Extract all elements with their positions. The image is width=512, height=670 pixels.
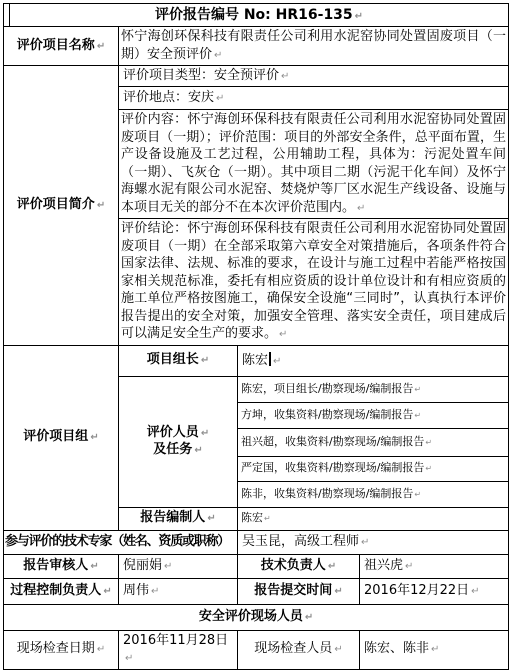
- intro-type: 评价项目类型：安全预评价↵: [119, 66, 509, 87]
- intro-label: 评价项目简介↵: [4, 66, 119, 346]
- paragraph-mark: ↵: [405, 561, 413, 572]
- paragraph-mark: ↵: [90, 561, 98, 572]
- paragraph-mark: ↵: [431, 644, 439, 655]
- report-number-header: 评价报告编号 No: HR16-135↵: [10, 4, 509, 27]
- inspection-date-value: 2016年11月28日↵: [119, 630, 238, 669]
- reviewer-value: 倪丽娟↵: [119, 554, 238, 578]
- team-member-row: 祖兴超，收集资料/勘察现场/编制报告↵: [238, 428, 509, 456]
- paragraph-mark: ↵: [355, 11, 363, 22]
- paragraph-mark: ↵: [207, 513, 215, 524]
- submit-time-value: 2016年12月22日↵: [360, 578, 509, 604]
- experts-label: 参与评价的技术专家（姓名、资质或职称）: [4, 530, 238, 554]
- inspection-people-label: 现场检查人员↵: [238, 630, 360, 669]
- intro-location: 评价地点：安庆↵: [119, 87, 509, 110]
- project-name-label: 评价项目名称↵: [4, 27, 119, 66]
- paragraph-mark: ↵: [97, 644, 105, 655]
- paragraph-mark: ↵: [214, 50, 222, 61]
- paragraph-mark: ↵: [414, 411, 421, 420]
- paragraph-mark: ↵: [414, 385, 421, 394]
- paragraph-mark: ↵: [334, 586, 342, 597]
- team-members-label: 评价人员↵ 及任务↵: [119, 376, 238, 507]
- paragraph-mark: ↵: [334, 644, 342, 655]
- paragraph-mark: ↵: [425, 438, 432, 447]
- paragraph-mark: ↵: [357, 203, 365, 214]
- intro-conclusion: 评价结论：怀宁海创环保科技有限责任公司利用水泥窑协同处置固废项目（一期）在全部采…: [119, 219, 509, 346]
- inspection-date-label: 现场检查日期↵: [4, 630, 119, 669]
- tech-lead-label: 技术负责人↵: [238, 554, 360, 578]
- paragraph-mark: ↵: [264, 514, 271, 523]
- paragraph-mark: ↵: [125, 653, 133, 664]
- paragraph-mark: ↵: [279, 329, 287, 340]
- submit-time-label: 报告提交时间↵: [238, 578, 360, 604]
- team-leader-value: 陈宏↵: [238, 345, 509, 376]
- evaluation-report-table: 评价报告编号 No: HR16-135↵ 评价项目名称↵ 怀宁海创环保科技有限责…: [3, 3, 509, 670]
- paragraph-mark: ↵: [90, 432, 98, 443]
- paragraph-mark: ↵: [328, 561, 336, 572]
- paragraph-mark: ↵: [425, 464, 432, 473]
- tech-lead-value: 祖兴虎↵: [360, 554, 509, 578]
- text-cursor: [269, 352, 271, 366]
- paragraph-mark: ↵: [201, 355, 209, 366]
- experts-value: 吴玉昆，高级工程师↵: [238, 530, 509, 554]
- team-member-row: 方坤，收集资料/勘察现场/编制报告↵: [238, 402, 509, 428]
- paragraph-mark: ↵: [216, 93, 224, 104]
- team-leader-label: 项目组长↵: [119, 345, 238, 376]
- team-member-row: 陈宏，项目组长/勘察现场/编制报告↵: [238, 376, 509, 402]
- project-name-value: 怀宁海创环保科技有限责任公司利用水泥窑协同处置固废项目（一期）安全预评价↵: [119, 27, 509, 66]
- team-label: 评价项目组↵: [4, 345, 119, 530]
- paragraph-mark: ↵: [151, 586, 159, 597]
- paragraph-mark: ↵: [97, 41, 105, 52]
- paragraph-mark: ↵: [103, 586, 111, 597]
- paragraph-mark: ↵: [281, 71, 289, 82]
- paragraph-mark: ↵: [97, 200, 105, 211]
- site-personnel-header: 安全评价现场人员↵: [4, 604, 509, 630]
- paragraph-mark: ↵: [201, 428, 209, 439]
- paragraph-mark: ↵: [273, 356, 281, 367]
- process-control-value: 周伟↵: [119, 578, 238, 604]
- inspection-people-value: 陈宏、陈非↵: [360, 630, 509, 669]
- intro-content: 评价内容：怀宁海创环保科技有限责任公司利用水泥窑协同处置固废项目（一期）；评价范…: [119, 110, 509, 219]
- reviewer-label: 报告审核人↵: [4, 554, 119, 578]
- paragraph-mark: ↵: [471, 586, 479, 597]
- team-member-row: 陈非，收集资料/勘察现场/编制报告↵: [238, 481, 509, 507]
- team-member-row: 严定国，收集资料/勘察现场/编制报告↵: [238, 456, 509, 481]
- paragraph-mark: ↵: [414, 490, 421, 499]
- paragraph-mark: ↵: [164, 561, 172, 572]
- paragraph-mark: ↵: [194, 445, 202, 456]
- paragraph-mark: ↵: [305, 612, 313, 623]
- paragraph-mark: ↵: [361, 537, 369, 548]
- report-writer-value: 陈宏↵: [238, 507, 509, 530]
- process-control-label: 过程控制负责人↵: [4, 578, 119, 604]
- report-writer-label: 报告编制人↵: [119, 507, 238, 530]
- report-number-text: 评价报告编号 No: HR16-135: [155, 7, 353, 23]
